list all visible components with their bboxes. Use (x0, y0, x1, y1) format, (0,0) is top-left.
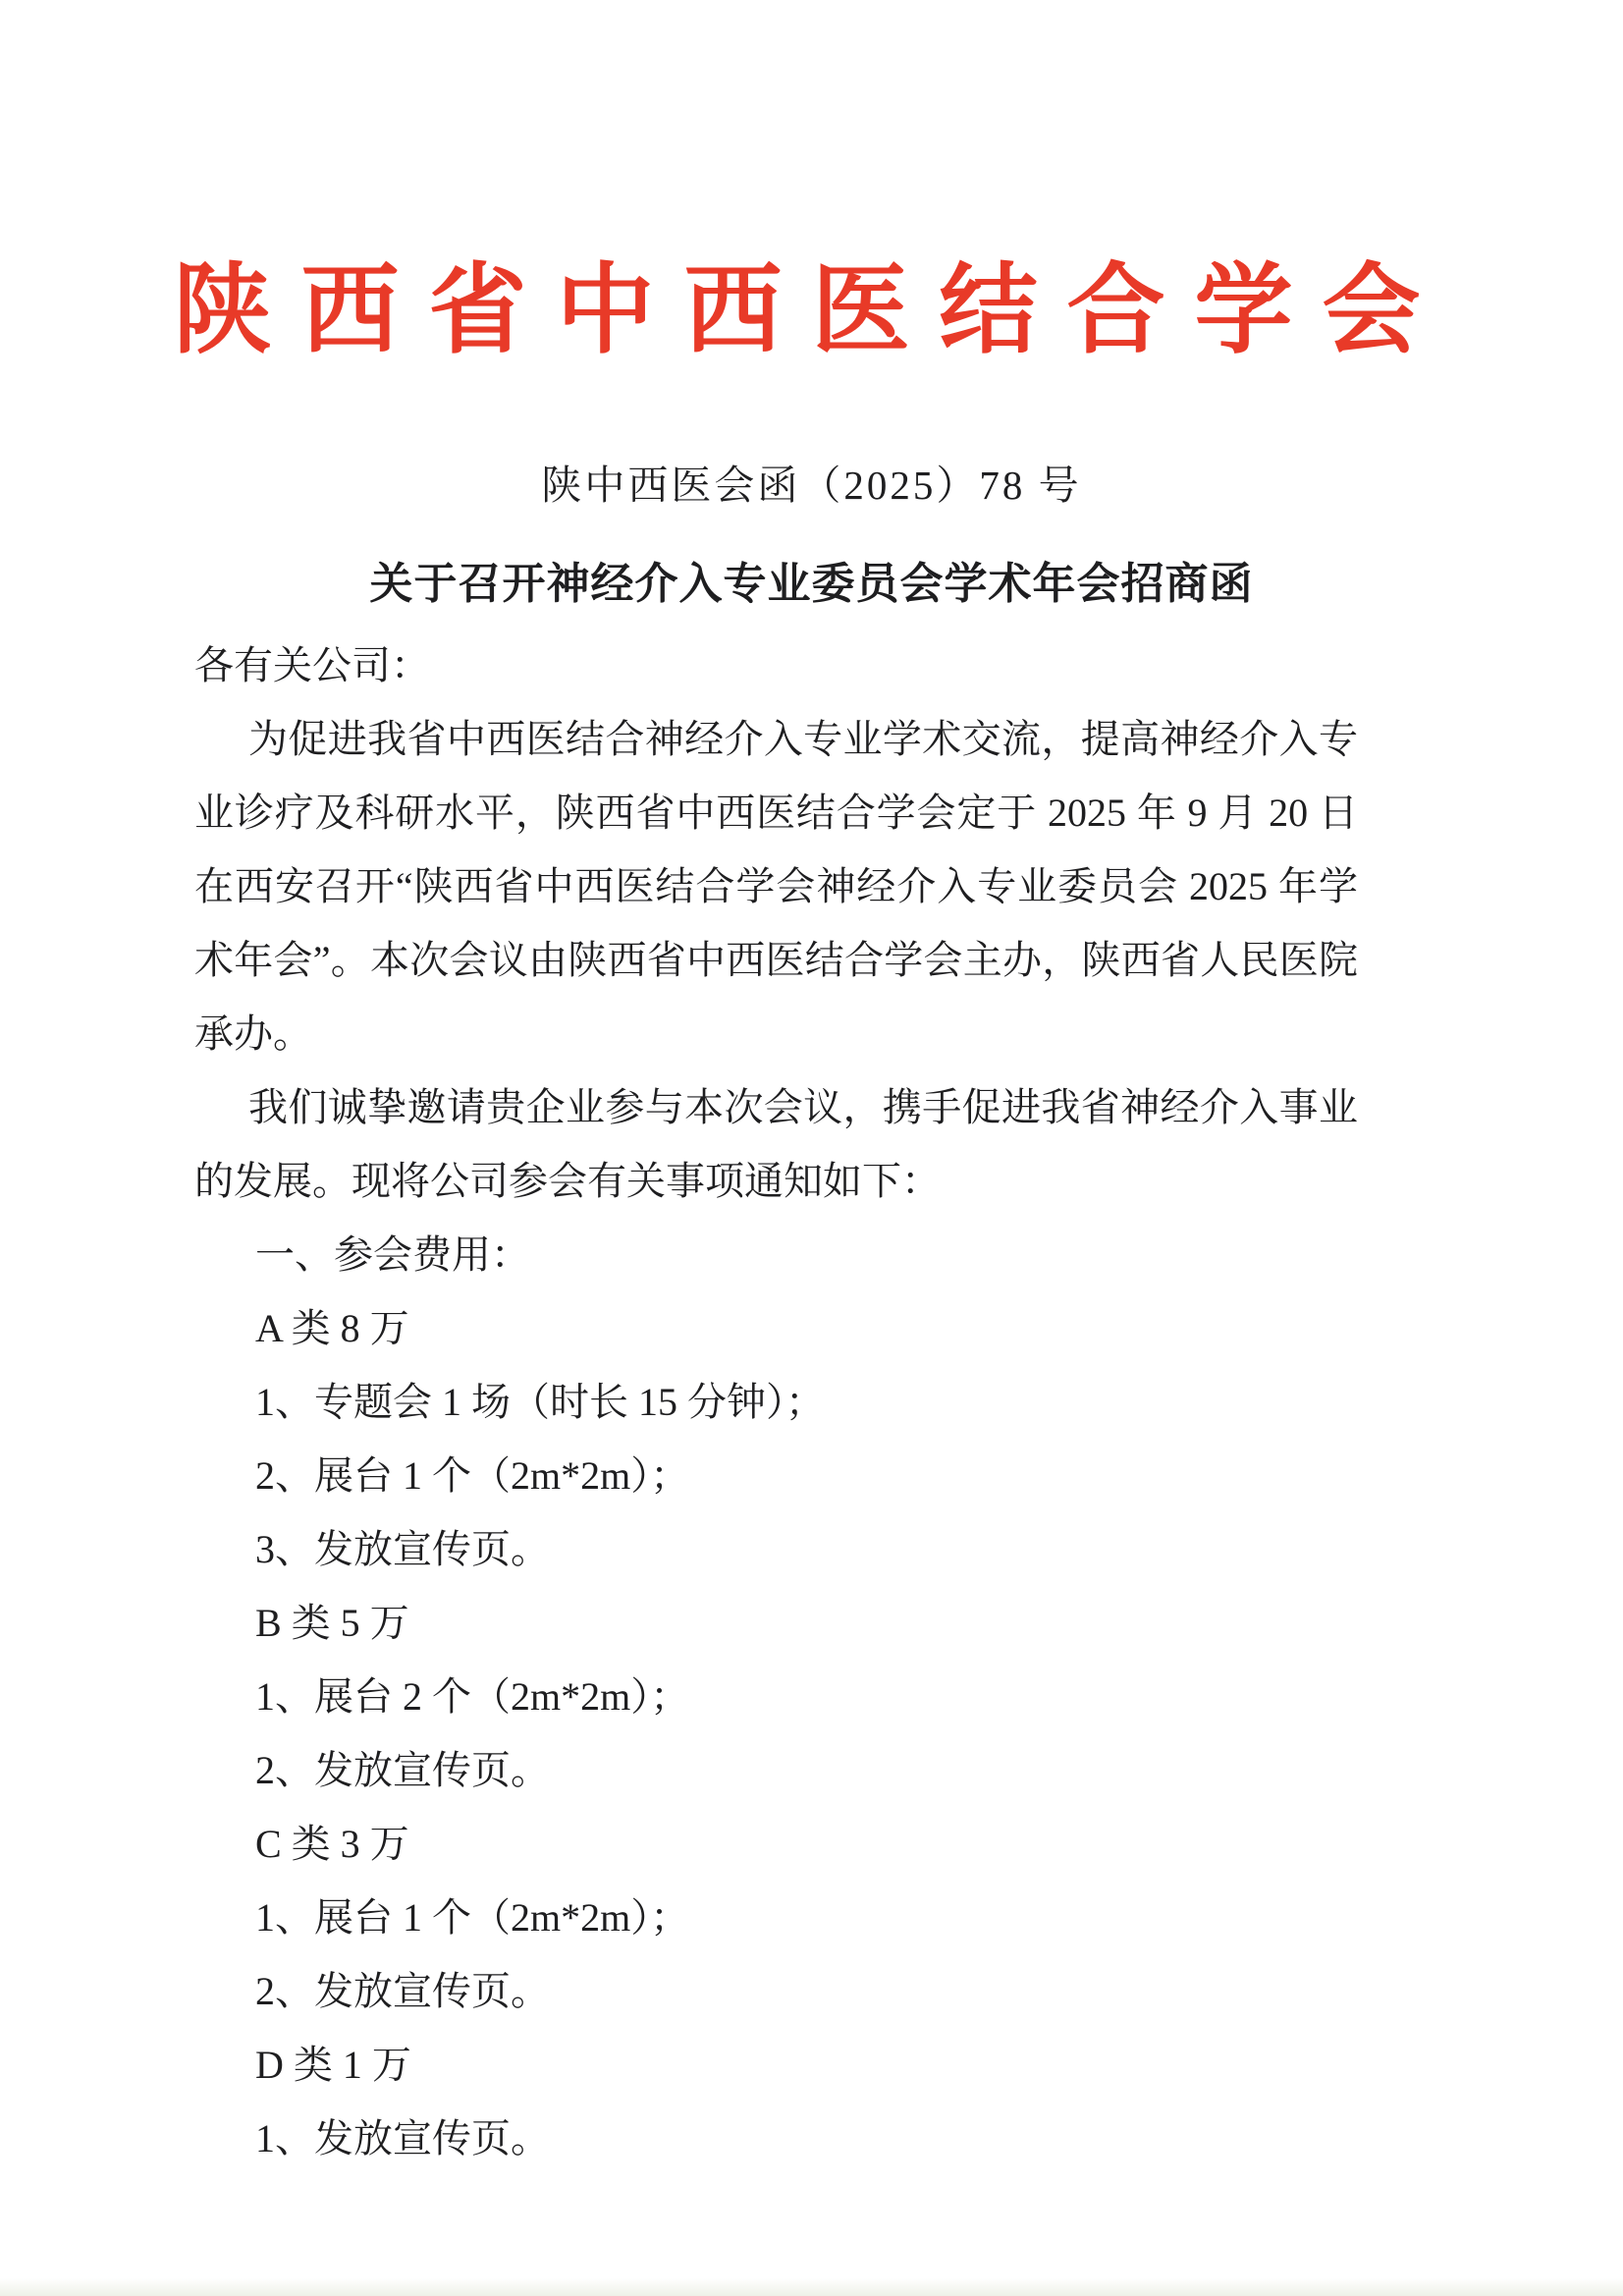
salutation: 各有关公司： (194, 629, 1358, 702)
fee-line-class-a: A 类 8 万 (194, 1291, 1358, 1365)
fee-line-class-b: B 类 5 万 (194, 1586, 1358, 1660)
paragraph-invitation: 我们诚挚邀请贵企业参与本次会议，携手促进我省神经介入事业的发展。现将公司参会有关… (194, 1070, 1358, 1218)
fee-line-b-item-1: 1、展台 2 个（2m*2m）； (194, 1660, 1358, 1733)
fee-line-d-item-1: 1、发放宣传页。 (194, 2102, 1358, 2175)
organization-title: 陕西省中西医结合学会 (0, 257, 1623, 365)
fee-line-a-item-1: 1、专题会 1 场（时长 15 分钟）； (194, 1365, 1358, 1439)
document-reference-number: 陕中西医会函（2025）78 号 (0, 460, 1623, 512)
fee-line-a-item-2: 2、展台 1 个（2m*2m）； (194, 1439, 1358, 1512)
fee-line-class-d: D 类 1 万 (194, 2028, 1358, 2102)
scan-bottom-edge-shadow (0, 2278, 1623, 2296)
fee-section-heading: 一、参会费用： (194, 1218, 1358, 1291)
letter-subject-heading: 关于召开神经介入专业委员会学术年会招商函 (0, 556, 1623, 612)
fee-line-a-item-3: 3、发放宣传页。 (194, 1512, 1358, 1586)
fee-line-c-item-1: 1、展台 1 个（2m*2m）； (194, 1881, 1358, 1954)
fee-line-class-c: C 类 3 万 (194, 1807, 1358, 1881)
fee-line-c-item-2: 2、发放宣传页。 (194, 1954, 1358, 2028)
paragraph-introduction: 为促进我省中西医结合神经介入专业学术交流，提高神经介入专业诊疗及科研水平，陕西省… (194, 702, 1358, 1070)
fee-line-b-item-2: 2、发放宣传页。 (194, 1733, 1358, 1807)
scanned-letter-page: 陕西省中西医结合学会 陕中西医会函（2025）78 号 关于召开神经介入专业委员… (0, 0, 1623, 2296)
letter-body: 各有关公司： 为促进我省中西医结合神经介入专业学术交流，提高神经介入专业诊疗及科… (194, 629, 1358, 2175)
